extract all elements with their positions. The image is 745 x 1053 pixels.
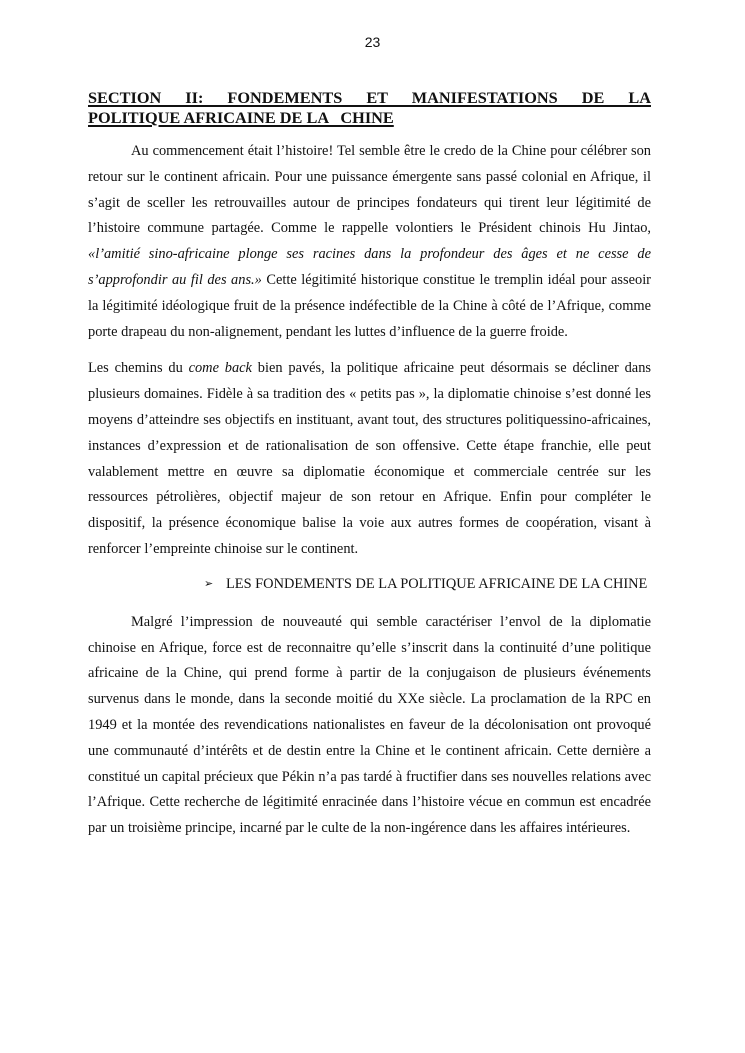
section-title-line-2: POLITIQUE AFRICAINE DE LA CHINE [88,108,651,128]
page-number: 23 [0,34,745,50]
paragraph-domains: Les chemins du come back bien pavés, la … [88,356,651,562]
page-content: SECTION II: FONDEMENTS ET MANIFESTATIONS… [88,88,651,842]
paragraph-fondements: Malgré l’impression de nouveauté qui sem… [88,610,651,842]
come-back-italic: come back [189,360,252,376]
paragraph-intro-text: Au commencement était l’histoire! Tel se… [88,143,651,236]
paragraph-domains-start: Les chemins du [88,360,189,376]
subheading-text: LES FONDEMENTS DE LA POLITIQUE AFRICAINE… [226,576,651,593]
subheading-fondements: ➢ LES FONDEMENTS DE LA POLITIQUE AFRICAI… [204,576,651,593]
paragraph-intro: Au commencement était l’histoire! Tel se… [88,139,651,345]
document-page: 23 SECTION II: FONDEMENTS ET MANIFESTATI… [0,0,745,1053]
paragraph-domains-text: bien pavés, la politique africaine peut … [88,360,651,557]
arrow-bullet-icon: ➢ [204,576,226,593]
section-title: SECTION II: FONDEMENTS ET MANIFESTATIONS… [88,88,651,128]
section-title-line-1: SECTION II: FONDEMENTS ET MANIFESTATIONS… [88,88,651,108]
